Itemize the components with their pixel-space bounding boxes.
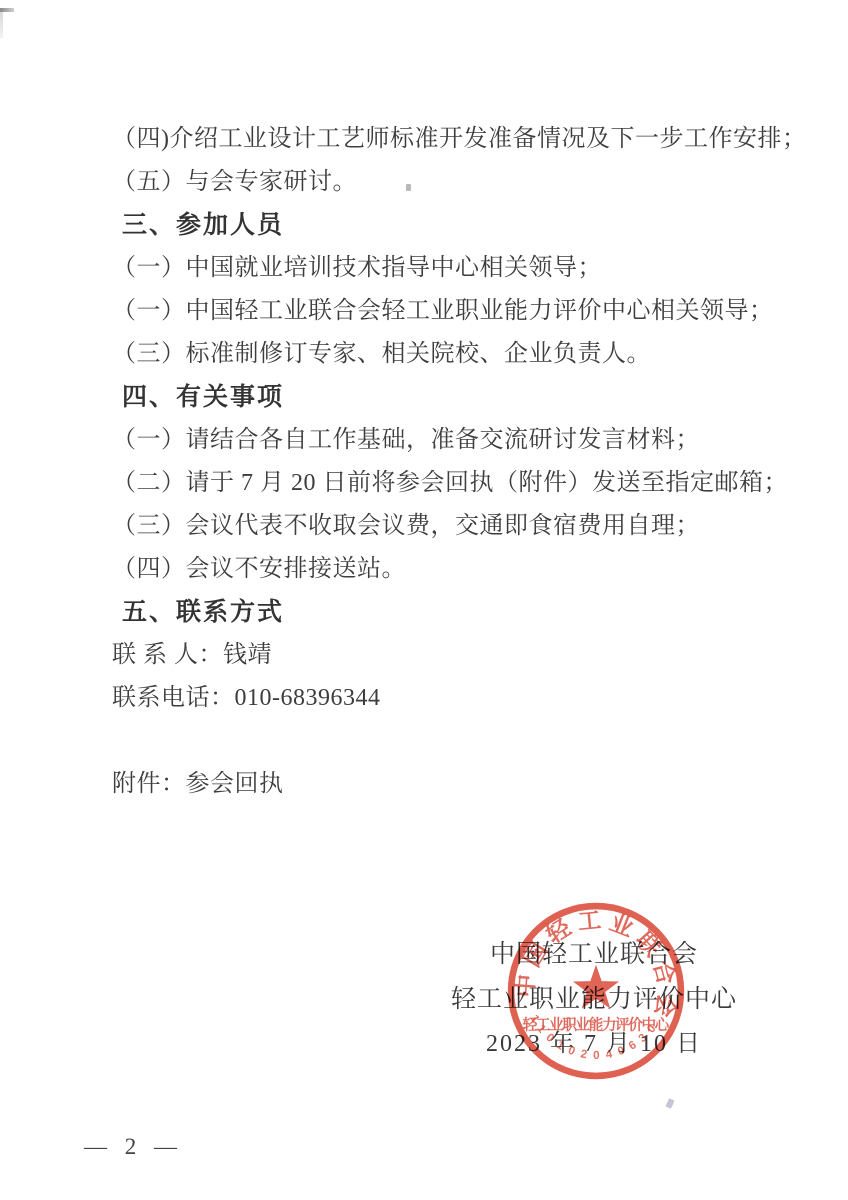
section-heading: 五、联系方式 xyxy=(112,591,772,634)
contact-person: 联 系 人：钱靖 xyxy=(112,634,772,677)
blank-line xyxy=(112,720,772,763)
document-body: （四)介绍工业设计工艺师标准开发准备情况及下一步工作安排； （五）与会专家研讨。… xyxy=(112,118,772,806)
body-line: （三）会议代表不收取会议费，交通即食宿费用自理； xyxy=(112,505,772,548)
attachment-line: 附件：参会回执 xyxy=(112,763,772,806)
document-page: （四)介绍工业设计工艺师标准开发准备情况及下一步工作安排； （五）与会专家研讨。… xyxy=(0,0,848,1200)
body-line: （五）与会专家研讨。 xyxy=(112,161,772,204)
scan-artifact-speck xyxy=(665,1098,674,1109)
seal-arc-text: 中国轻工业联合会 xyxy=(510,900,687,1020)
body-line: （一）请结合各自工作基础，准备交流研讨发言材料； xyxy=(112,419,772,462)
body-line: （四)介绍工业设计工艺师标准开发准备情况及下一步工作安排； xyxy=(112,118,772,161)
scan-artifact-corner-tail xyxy=(0,12,3,38)
contact-phone: 联系电话：010-68396344 xyxy=(112,677,772,720)
official-seal: 中国轻工业联合会 轻工业职业能力评价中心 110102040630 xyxy=(505,900,687,1082)
body-line: （二）请于 7 月 20 日前将参会回执（附件）发送至指定邮箱； xyxy=(112,462,772,505)
section-heading: 三、参加人员 xyxy=(112,204,772,247)
page-number: — 2 — xyxy=(84,1134,183,1160)
body-line: （一）中国轻工业联合会轻工业职业能力评价中心相关领导； xyxy=(112,290,772,333)
body-line: （三）标准制修订专家、相关院校、企业负责人。 xyxy=(112,333,772,376)
section-heading: 四、有关事项 xyxy=(112,376,772,419)
seal-star-icon xyxy=(573,965,619,1009)
body-line: （四）会议不安排接送站。 xyxy=(112,548,772,591)
body-line: （一）中国就业培训技术指导中心相关领导； xyxy=(112,247,772,290)
